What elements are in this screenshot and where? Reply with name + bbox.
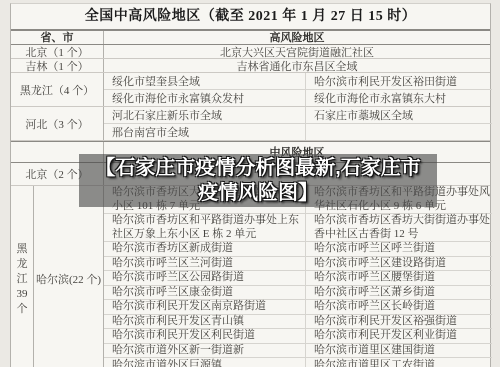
area-cell: 哈尔滨市呼兰区公园路街道 <box>104 271 306 285</box>
province-label: 北京（1 个） <box>11 45 104 58</box>
area-cell: 哈尔滨市香坊区和平路街道办事处上东社区万象上东小区 E 栋 2 单元 <box>104 214 306 241</box>
area-cell: 哈尔滨市道里区建国街道 <box>306 344 492 358</box>
area-cell: 吉林省通化市东昌区全域 <box>104 59 490 72</box>
city-label-harbin: 哈尔滨(22 个) <box>34 186 104 367</box>
table-row: 绥化市望奎县全域 哈尔滨市利民开发区裕田街道 <box>104 73 492 90</box>
table-row: 河北石家庄新乐市全域 石家庄市藁城区全域 <box>104 107 492 124</box>
table-group-hebei-high: 河北（3 个） 河北石家庄新乐市全域 石家庄市藁城区全域 邢台南宫市全域 <box>11 107 490 141</box>
watermark-text-line1: 【石家庄市疫情分析图最新,石家庄市 <box>79 156 437 181</box>
area-cell: 绥化市海伦市永富镇众发村 <box>104 90 306 106</box>
area-cell: 哈尔滨市呼兰区康金街道 <box>104 286 306 300</box>
table-title: 全国中高风险地区（截至 2021 年 1 月 27 日 15 时） <box>11 4 490 29</box>
province-label-vertical: 黑 龙 江 39 个 <box>11 186 34 367</box>
table-row: 哈尔滨市香坊区新成街道 哈尔滨市呼兰区呼兰街道 <box>104 242 492 257</box>
area-cell: 哈尔滨市呼兰区萧乡街道 <box>306 286 492 300</box>
area-cell: 哈尔滨市利民开发区利民街道 <box>104 329 306 343</box>
area-cell: 石家庄市藁城区全域 <box>306 107 492 123</box>
area-cell: 哈尔滨市利民开发区裕田街道 <box>306 73 492 89</box>
risk-area-document: 全国中高风险地区（截至 2021 年 1 月 27 日 15 时） 省、市 高风… <box>0 0 500 367</box>
area-cell: 哈尔滨市利民开发区裕强街道 <box>306 315 492 329</box>
area-cell: 绥化市海伦市永富镇东大村 <box>306 90 492 106</box>
table-row-jilin-high: 吉林（1 个） 吉林省通化市东昌区全域 <box>11 59 490 73</box>
watermark-text-line2: 疫情风险图】 <box>79 181 437 205</box>
table-row: 哈尔滨市利民开发区南京路街道 哈尔滨市呼兰区长岭街道 <box>104 300 492 315</box>
table-row: 邢台南宫市全域 <box>104 124 492 140</box>
table-row: 哈尔滨市呼兰区公园路街道 哈尔滨市呼兰区腰堡街道 <box>104 271 492 286</box>
table-row: 哈尔滨市呼兰区康金街道 哈尔滨市呼兰区萧乡街道 <box>104 286 492 301</box>
area-cell: 邢台南宫市全域 <box>104 124 306 140</box>
area-cell: 哈尔滨市道外区新一街道新 <box>104 344 306 358</box>
area-cell: 哈尔滨市道外区巨源镇 <box>104 358 306 367</box>
area-cell: 哈尔滨市道里区工农街道 <box>306 358 492 367</box>
area-cell: 北京大兴区天宫院街道融汇社区 <box>104 45 490 58</box>
table-group-heilongjiang-high: 黑龙江（4 个） 绥化市望奎县全域 哈尔滨市利民开发区裕田街道 绥化市海伦市永富… <box>11 73 490 107</box>
table-row: 绥化市海伦市永富镇众发村 绥化市海伦市永富镇东大村 <box>104 90 492 106</box>
table-row: 哈尔滨市利民开发区利民街道 哈尔滨市利民开发区利业街道 <box>104 329 492 344</box>
area-cell: 哈尔滨市香坊区新成街道 <box>104 242 306 256</box>
area-cell: 哈尔滨市呼兰区建设路街道 <box>306 257 492 271</box>
column-header-province: 省、市 <box>11 31 104 44</box>
area-cell: 哈尔滨市呼兰区兰河街道 <box>104 257 306 271</box>
area-cell: 哈尔滨市利民开发区南京路街道 <box>104 300 306 314</box>
area-cell: 绥化市望奎县全域 <box>104 73 306 89</box>
table-row: 哈尔滨市道外区新一街道新 哈尔滨市道里区建国街道 <box>104 344 492 359</box>
province-label: 黑龙江（4 个） <box>11 73 104 106</box>
area-cell: 哈尔滨市利民开发区利业街道 <box>306 329 492 343</box>
area-cell: 河北石家庄新乐市全域 <box>104 107 306 123</box>
area-cell: 哈尔滨市香坊区香坊大街街道办事处香中社区古香街 12 号 <box>306 214 492 241</box>
table-row: 哈尔滨市利民开发区青山镇 哈尔滨市利民开发区裕强街道 <box>104 315 492 330</box>
watermark-overlay: 【石家庄市疫情分析图最新,石家庄市 疫情风险图】 <box>79 154 437 207</box>
table-row: 哈尔滨市道外区巨源镇 哈尔滨市道里区工农街道 <box>104 358 492 367</box>
area-cell: 哈尔滨市利民开发区青山镇 <box>104 315 306 329</box>
province-label: 吉林（1 个） <box>11 59 104 72</box>
table-group-heilongjiang-medium: 黑 龙 江 39 个 哈尔滨(22 个) 哈尔滨市香坊区大庆路街道办事处电塔小区… <box>11 186 490 367</box>
province-label: 河北（3 个） <box>11 107 104 140</box>
column-header-high-risk-area: 高风险地区 <box>104 31 490 44</box>
table-row: 哈尔滨市呼兰区兰河街道 哈尔滨市呼兰区建设路街道 <box>104 257 492 272</box>
area-cell: 哈尔滨市呼兰区长岭街道 <box>306 300 492 314</box>
area-cell-empty <box>306 124 492 140</box>
area-cell: 哈尔滨市呼兰区腰堡街道 <box>306 271 492 285</box>
table-row: 哈尔滨市香坊区和平路街道办事处上东社区万象上东小区 E 栋 2 单元 哈尔滨市香… <box>104 214 492 242</box>
area-cell-text: 邢台南宫市全域 <box>112 124 189 140</box>
area-cell: 哈尔滨市呼兰区呼兰街道 <box>306 242 492 256</box>
